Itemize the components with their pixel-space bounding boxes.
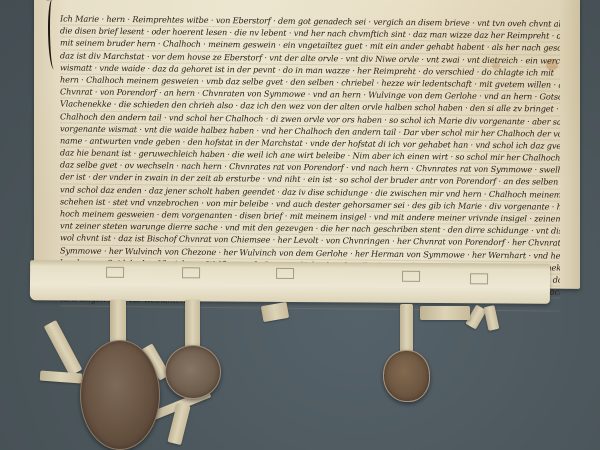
parchment-fold-plica bbox=[30, 260, 550, 304]
seal-slit bbox=[470, 273, 488, 284]
decorated-initial bbox=[48, 0, 58, 69]
wax-seal-medium bbox=[165, 345, 221, 399]
seal-strap bbox=[400, 304, 413, 354]
loose-strap bbox=[44, 320, 83, 376]
loose-strap bbox=[261, 302, 289, 322]
wax-seal-large bbox=[80, 340, 160, 450]
loose-strap bbox=[420, 306, 470, 320]
seal-slit bbox=[276, 268, 294, 279]
seal-strap bbox=[185, 300, 200, 350]
seal-slit bbox=[402, 271, 420, 282]
loose-strap bbox=[40, 371, 83, 384]
seal-slit bbox=[182, 267, 200, 278]
seal-slit bbox=[106, 267, 124, 278]
charter-parchment: Ich Marie · hern · Reimprehtes witbe · v… bbox=[34, 0, 580, 289]
wax-seal-small bbox=[383, 350, 430, 402]
